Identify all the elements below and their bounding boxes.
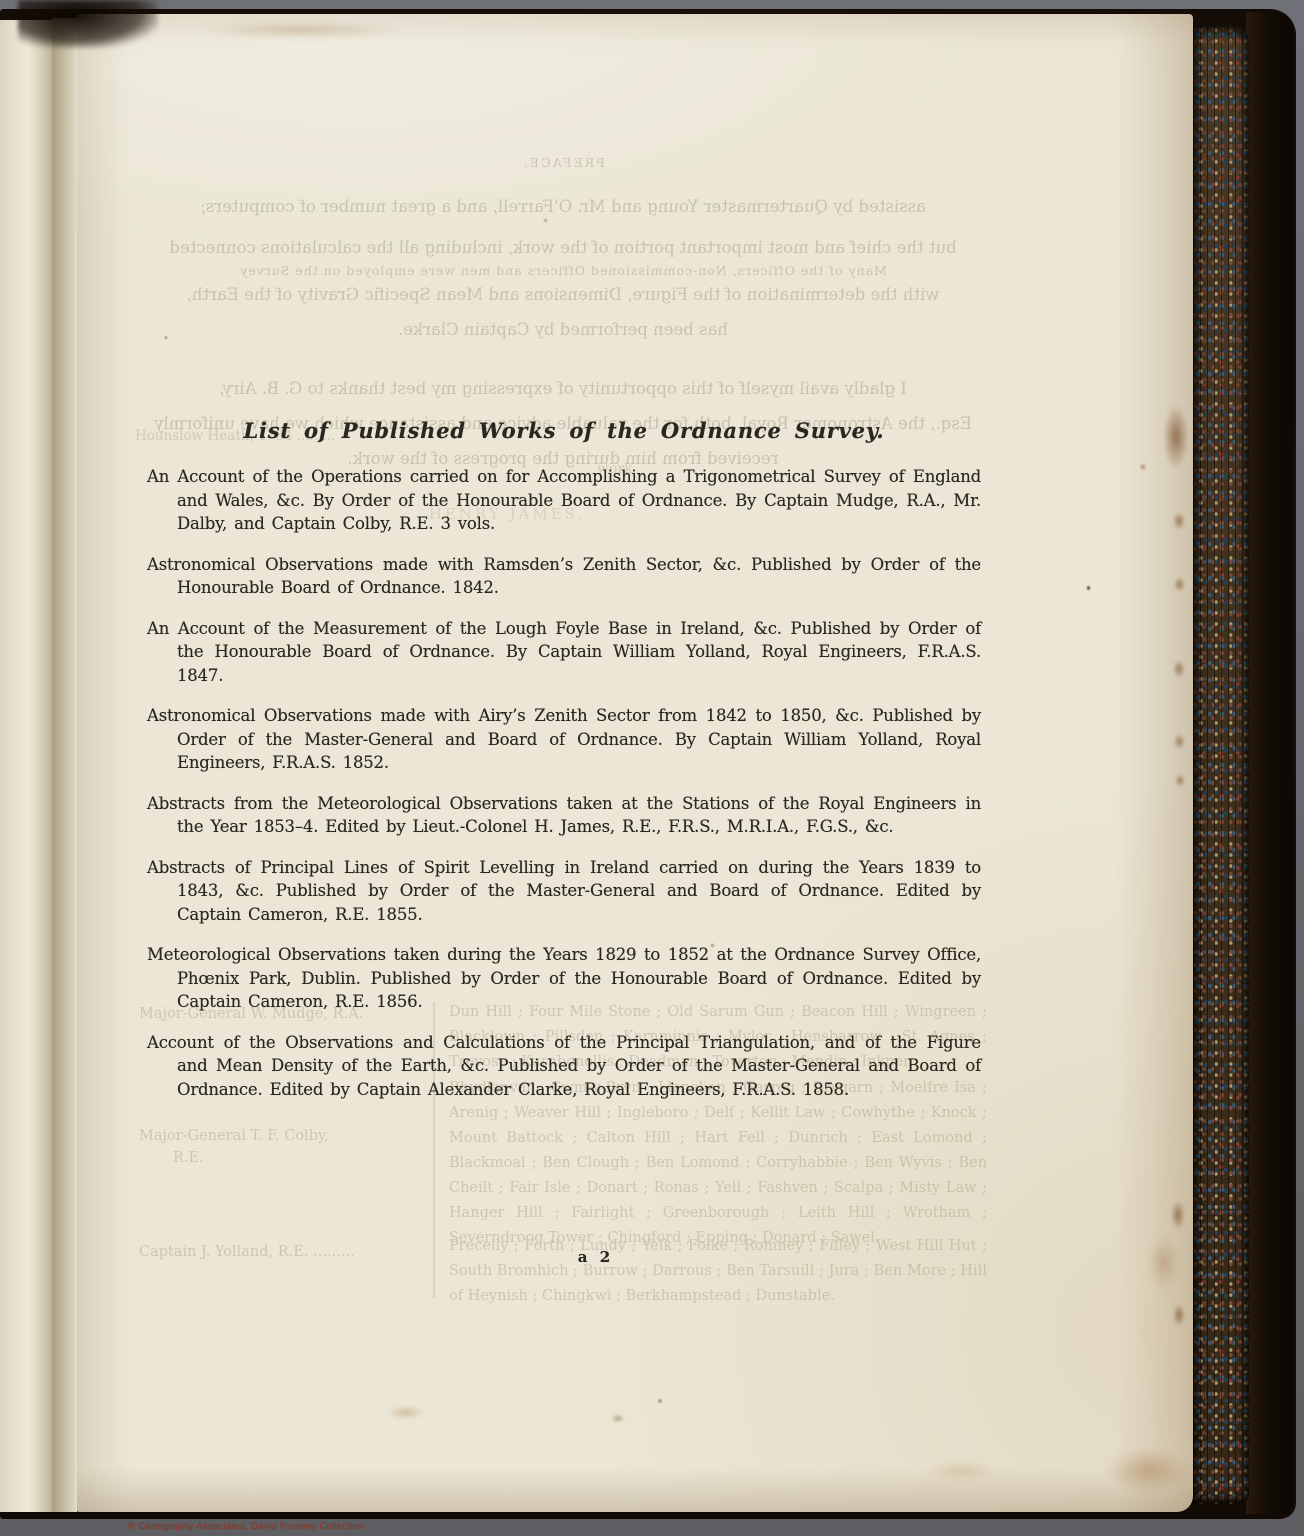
scanned-book-photo: PREFACE. assisted by Quartermaster Young… [0,0,1304,1536]
ghost-text-line: I gladly avail myself of this opportunit… [143,378,983,399]
ghost-text-line: assisted by Quartermaster Young and Mr. … [143,196,983,217]
ghost-observer-name: R.E. [173,1150,204,1166]
ghost-text-line: but the chief and most important portion… [143,237,983,258]
printed-text-block: List of Published Works of the Ordnance … [147,418,981,1118]
publication-entry: An Account of the Operations carried on … [147,465,981,536]
foxing-spot [611,1414,625,1423]
edge-burn-stain [1173,512,1185,530]
publication-entry: Abstracts of Principal Lines of Spirit L… [147,856,981,927]
foxing-spot [164,335,168,340]
signature-mark: a 2 [509,1248,679,1266]
foxing-spot [710,943,715,948]
foxing-spot [197,22,407,38]
foxing-spot [1139,463,1147,471]
scanned-page: PREFACE. assisted by Quartermaster Young… [77,14,1193,1512]
publication-entry: Account of the Observations and Calculat… [147,1031,981,1102]
publication-entry: Astronomical Observations made with Rams… [147,553,981,600]
edge-burn-stain [1175,774,1185,787]
edge-burn-stain [1174,734,1185,749]
ghost-preface-heading: PREFACE. [143,156,983,170]
ink-blot-top-left [18,0,158,48]
publication-entry: An Account of the Measurement of the Lou… [147,617,981,688]
book-binding-edge [1246,12,1294,1514]
edge-burn-stain [1171,1200,1185,1230]
publication-entry: Abstracts from the Meteorological Observ… [147,792,981,839]
ghost-observer-name: Major-General T. F. Colby, [139,1128,329,1144]
foxing-spot [1105,1448,1191,1492]
edge-burn-stain [1173,1304,1185,1326]
foxing-spot [1086,585,1091,591]
ghost-station-list: Precelly ; Forth ; Lundy ; Yelk ; Folke … [449,1234,987,1309]
ghost-text-line: with the determination of the Figure, Di… [143,284,983,305]
foxing-spot [387,1406,425,1419]
edge-burn-stain [1163,404,1189,470]
ghost-text-line: has been performed by Captain Clarke. [143,319,983,340]
page-title: List of Published Works of the Ordnance … [147,418,981,443]
publication-entry: Astronomical Observations made with Airy… [147,704,981,775]
ghost-observer-name: Captain J. Yolland, R.E. ......... [139,1244,355,1260]
foxing-spot [657,1398,663,1404]
publication-entry: Meteorological Observations taken during… [147,943,981,1014]
marbled-fore-edge [1193,26,1249,1504]
copyright-watermark: © Cartography Associates, David Rumsey C… [128,1521,364,1532]
edge-burn-stain [1174,577,1185,592]
foxing-spot [543,218,548,223]
ghost-text-line: Many of the Officers, Non-commissioned O… [143,260,983,281]
facing-page-sliver [0,20,52,1512]
foxing-spot [927,1462,997,1480]
foxing-spot [1149,1236,1179,1290]
gutter-shadow [52,18,77,1512]
edge-burn-stain [1173,660,1185,678]
